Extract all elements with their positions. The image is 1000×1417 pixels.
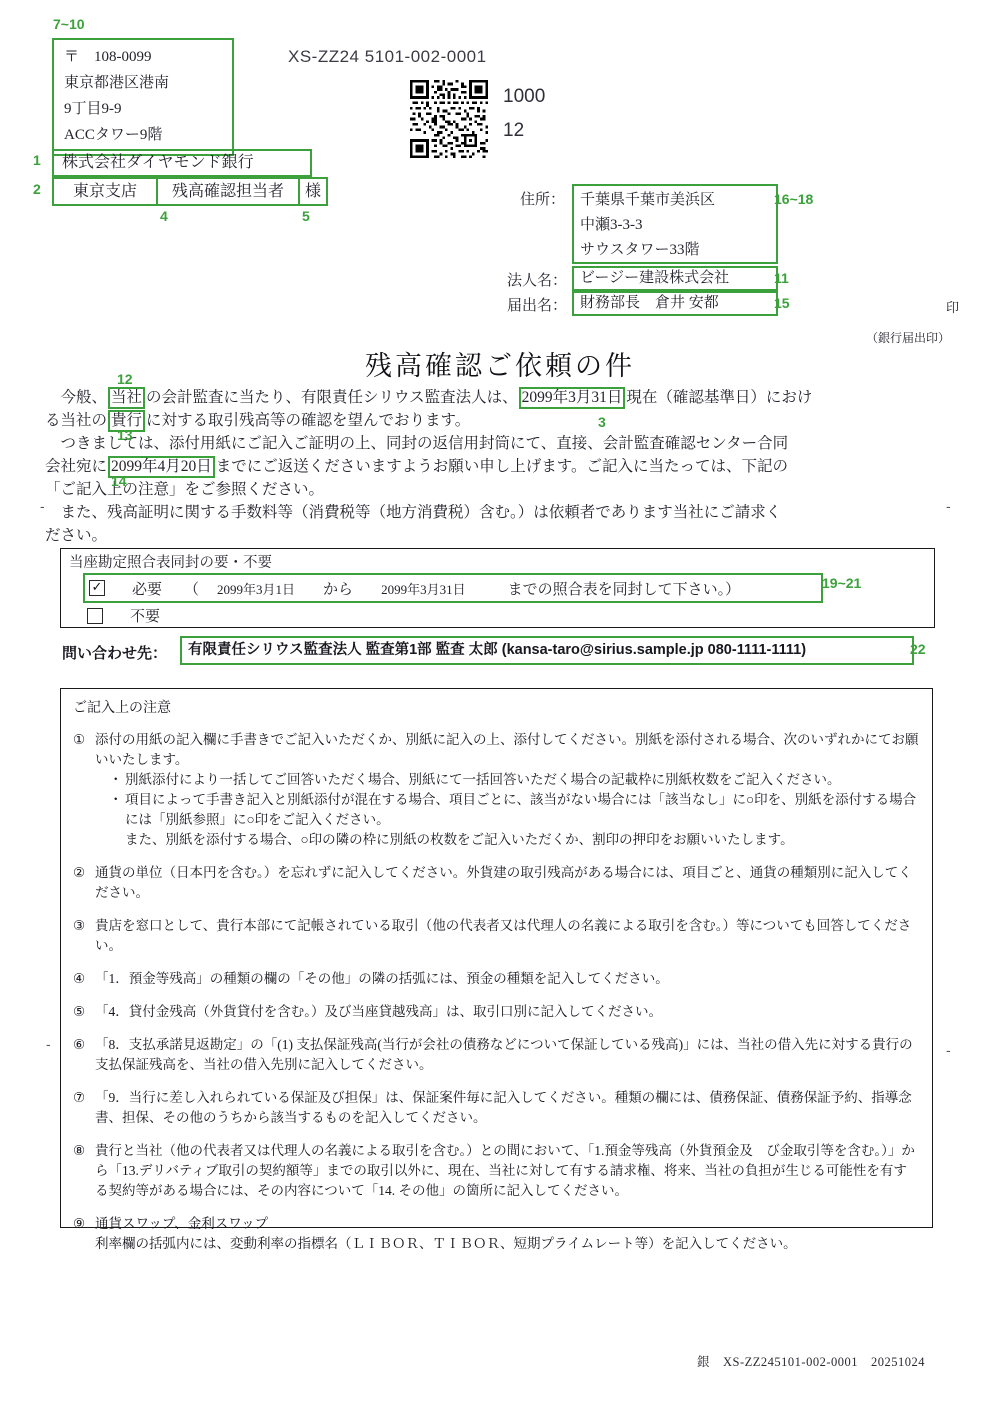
enclosure-heading: 当座勘定照合表同封の要・不要 bbox=[69, 551, 272, 572]
note-item-9: ⑨ 通貨スワップ、金利スワップ 利率欄の括弧内には、変動利率の指標名（ＬＩＢＯＲ… bbox=[73, 1214, 920, 1254]
applicant-address-line2: 中瀬3-3-3 bbox=[580, 213, 776, 238]
recipient-branch-box: 東京支店 bbox=[52, 177, 158, 206]
applicant-address-line1: 千葉県千葉市美浜区 bbox=[580, 188, 776, 213]
note-item-1: ① 添付の用紙の記入欄に手書きでご記入いただくか、別紙に記入の上、添付してくださ… bbox=[73, 730, 920, 850]
note-item-4: ④ 「1．預金等残高」の種類の欄の「その他」の隣の括弧には、預金の種類を記入して… bbox=[73, 969, 920, 989]
required-checkbox[interactable]: ✓ bbox=[89, 580, 105, 596]
recipient-address-box: 〒 108-0099 東京都港区港南 9丁目9-9 ACCタワー9階 bbox=[52, 38, 234, 156]
margin-mark-right-1: - bbox=[946, 498, 951, 514]
body-line-1: 今般、当社の会計監査に当たり、有限責任シリウス監査法人は、2099年3月31日現… bbox=[45, 386, 960, 409]
annotation-label-14: 14 bbox=[111, 474, 127, 488]
annotation-label-5: 5 bbox=[302, 209, 310, 223]
note-item-6: ⑥ 「8．支払承諾見返勘定」の「(1) 支払保証残高(当行が会社の債務などについ… bbox=[73, 1035, 920, 1075]
annotation-label-12: 12 bbox=[117, 372, 133, 386]
applicant-address-box: 千葉県千葉市美浜区 中瀬3-3-3 サウスタワー33階 bbox=[572, 184, 778, 264]
annotation-label-19-21: 19~21 bbox=[822, 576, 861, 590]
body-line-2: る当社の貴行に対する取引残高等の確認を望んでおります。 bbox=[45, 409, 960, 432]
recipient-address-line1: 東京都港区港南 bbox=[64, 70, 232, 96]
annotation-label-16-18: 16~18 bbox=[774, 192, 813, 206]
annotation-label-1: 1 bbox=[33, 153, 41, 167]
statement-date-to: 2099年3月31日 bbox=[381, 579, 466, 598]
recipient-address-line2: 9丁目9-9 bbox=[64, 96, 232, 122]
body-line-3: つきましては、添付用紙にご記入ご証明の上、同封の返信用封筒にて、直接、会計監査確… bbox=[45, 432, 960, 455]
body-line-4: 会社宛に2099年4月20日までにご返送くださいますようお願い申し上げます。ご記… bbox=[45, 455, 960, 478]
qr-value-top: 1000 bbox=[503, 86, 545, 108]
annotation-label-2: 2 bbox=[33, 182, 41, 196]
recipient-bank-name-box: 株式会社ダイヤモンド銀行 bbox=[52, 149, 312, 177]
recipient-honorific-box: 様 bbox=[298, 177, 328, 206]
statement-enclosure-box: 当座勘定照合表同封の要・不要 ✓ 必要 （ 2099年3月1日 から 2099年… bbox=[60, 548, 935, 628]
not-required-option-row: 不要 bbox=[87, 605, 160, 626]
annotation-label-4: 4 bbox=[160, 209, 168, 223]
note-item-5: ⑤ 「4．貸付金残高（外貨貸付を含む。）及び当座貸越残高」は、取引口別に記入して… bbox=[73, 1002, 920, 1022]
annotation-label-15: 15 bbox=[774, 296, 790, 310]
margin-mark-right-2: - bbox=[946, 1042, 951, 1058]
margin-mark-left-1: - bbox=[40, 498, 45, 514]
highlight-confirmation-date: 2099年3月31日 bbox=[519, 387, 626, 409]
annotation-label-13: 13 bbox=[117, 428, 133, 442]
highlight-tosha: 当社 bbox=[108, 387, 145, 409]
not-required-label: 不要 bbox=[130, 605, 160, 626]
body-line-5: 「ご記入上の注意」をご参照ください。 bbox=[45, 478, 960, 501]
body-paragraphs: 12 13 3 14 今般、当社の会計監査に当たり、有限責任シリウス監査法人は、… bbox=[45, 386, 960, 547]
annotation-label-22: 22 bbox=[910, 642, 926, 656]
corp-name-label: 法人名： bbox=[507, 269, 567, 290]
paren-open: （ bbox=[184, 578, 199, 599]
required-option-row: ✓ 必要 （ 2099年3月1日 から 2099年3月31日 までの照合表を同封… bbox=[83, 573, 823, 603]
note-item-7: ⑦ 「9．当行に差し入れられている保証及び担保」は、保証案件毎に記入してください… bbox=[73, 1088, 920, 1128]
annotation-label-3: 3 bbox=[598, 415, 606, 429]
contact-label: 問い合わせ先： bbox=[62, 642, 167, 663]
body-line-7: ださい。 bbox=[45, 524, 960, 547]
statement-date-from: 2099年3月1日 bbox=[217, 579, 295, 598]
registrant-name-label: 届出名： bbox=[507, 294, 567, 315]
annotation-label-11: 11 bbox=[774, 271, 789, 285]
required-suffix: までの照合表を同封して下さい。） bbox=[508, 578, 741, 599]
applicant-address-label: 住所： bbox=[520, 188, 565, 209]
applicant-address-line3: サウスタワー33階 bbox=[580, 238, 776, 263]
page-title: 残高確認ご依頼の件 bbox=[0, 344, 1000, 383]
seal-mark: 印 bbox=[946, 297, 959, 316]
notes-box: ご記入上の注意 ① 添付の用紙の記入欄に手書きでご記入いただくか、別紙に記入の上… bbox=[60, 688, 933, 1228]
recipient-postal-code: 〒 108-0099 bbox=[64, 44, 232, 70]
qr-code bbox=[410, 80, 488, 158]
registrant-name-box: 財務部長 倉井 安都 bbox=[572, 291, 778, 316]
kara-label: から bbox=[323, 578, 353, 599]
recipient-address-line3: ACCタワー9階 bbox=[64, 122, 232, 148]
required-label: 必要 bbox=[132, 578, 162, 599]
recipient-attention-box: 残高確認担当者 bbox=[156, 177, 300, 206]
note-item-8: ⑧ 貴行と当社（他の代表者又は代理人の名義による取引を含む。）との間において、「… bbox=[73, 1141, 920, 1201]
corp-name-box: ビージー建設株式会社 bbox=[572, 266, 778, 291]
qr-value-bottom: 12 bbox=[503, 120, 524, 142]
note-item-2: ② 通貨の単位（日本円を含む。）を忘れずに記入してください。外貨建の取引残高があ… bbox=[73, 863, 920, 903]
balance-confirmation-document: 7~10 〒 108-0099 東京都港区港南 9丁目9-9 ACCタワー9階 … bbox=[0, 0, 1000, 1417]
not-required-checkbox[interactable] bbox=[87, 608, 103, 624]
document-code: XS-ZZ24 5101-002-0001 bbox=[288, 47, 487, 67]
footer-document-id: 銀 XS-ZZ245101-002-0001 20251024 bbox=[0, 1352, 925, 1370]
annotation-label-7-10: 7~10 bbox=[53, 17, 85, 31]
body-line-6: また、残高証明に関する手数料等（消費税等（地方消費税）含む。）は依頼者であります… bbox=[45, 501, 960, 524]
contact-value-box: 有限責任シリウス監査法人 監査第1部 監査 太郎 (kansa-taro@sir… bbox=[180, 636, 914, 665]
note-item-3: ③ 貴店を窓口として、貴行本部にて記帳されている取引（他の代表者又は代理人の名義… bbox=[73, 916, 920, 956]
margin-mark-left-2: - bbox=[46, 1036, 51, 1052]
notes-title: ご記入上の注意 bbox=[73, 697, 920, 717]
